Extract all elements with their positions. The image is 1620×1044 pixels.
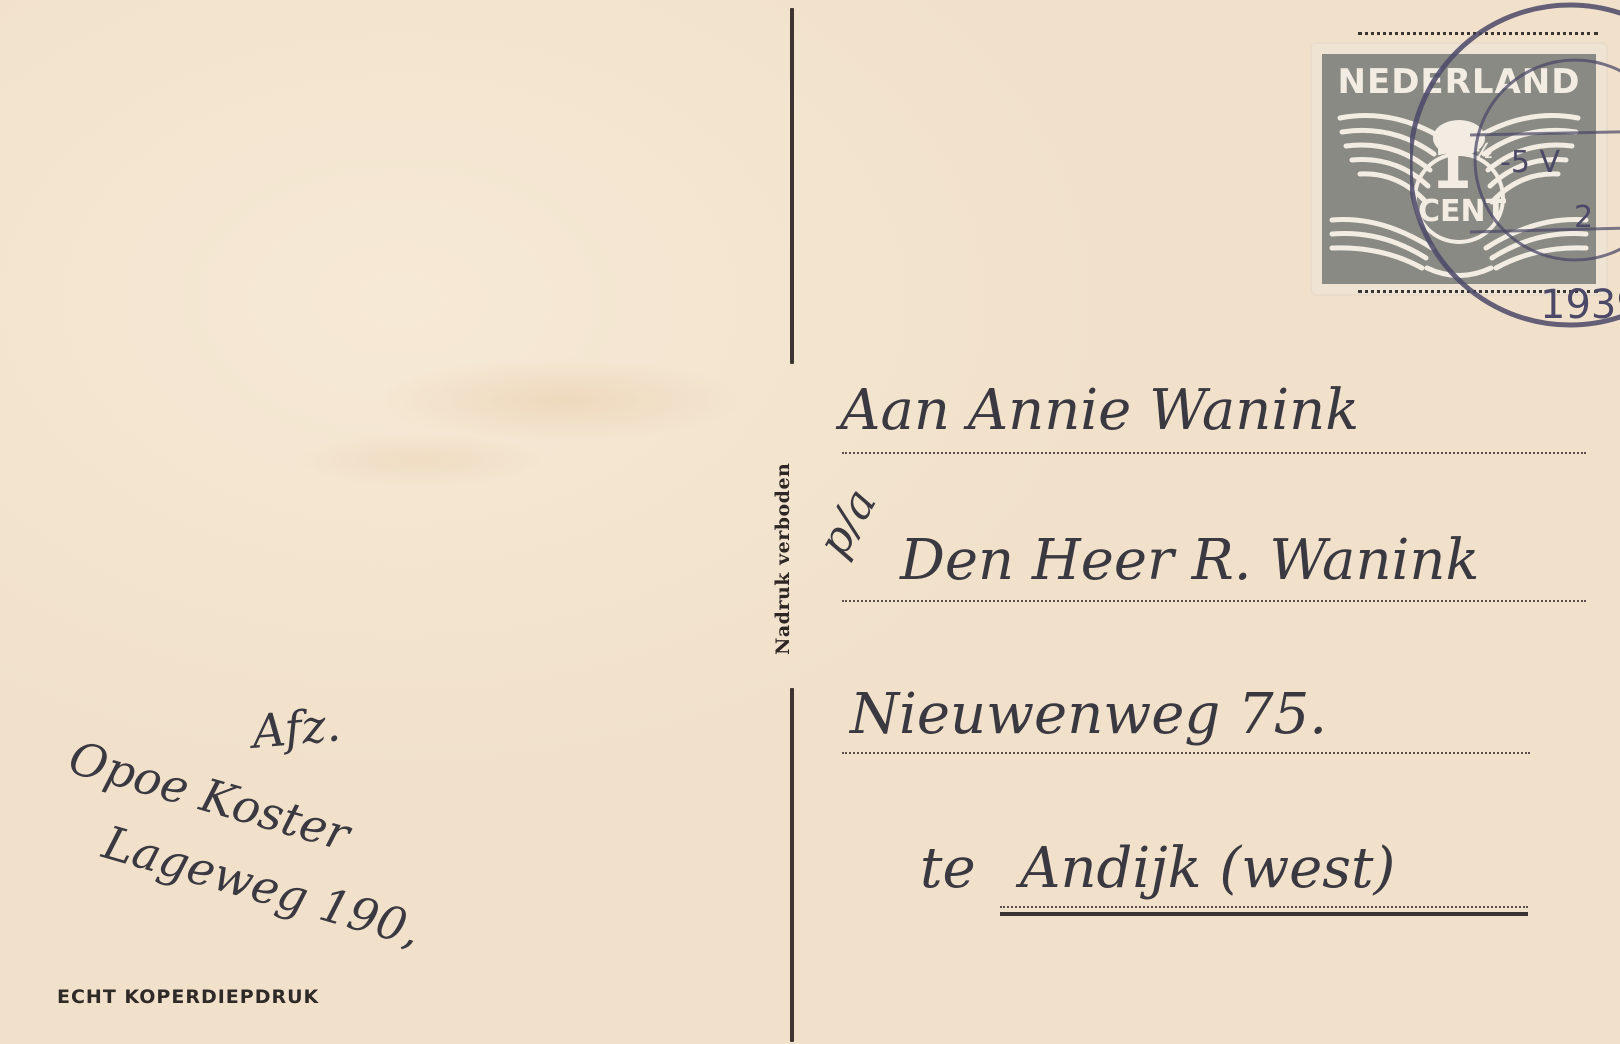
- postmark-year: 1939: [1540, 282, 1620, 328]
- stamp-value-unit: CENT: [1417, 197, 1507, 227]
- care-of-mark: p/a: [808, 480, 887, 565]
- address-line-4: [1000, 906, 1528, 908]
- recipient-street: Nieuwenweg 75.: [850, 682, 1327, 747]
- center-divider-bottom: [790, 688, 794, 1042]
- recipient-care-of-name: Den Heer R. Wanink: [900, 528, 1479, 593]
- stamp-value-whole: 1: [1431, 134, 1471, 202]
- recipient-city-prefix: te: [920, 836, 976, 901]
- postcard: Nadruk verboden ECHT KOPERDIEPDRUK NEDER…: [0, 0, 1620, 1044]
- stamp-value-fraction: ½: [1472, 139, 1493, 163]
- recipient-city: Andijk (west): [1020, 836, 1395, 901]
- sender-abbrev: Afz.: [250, 697, 343, 758]
- stamp-box-top-dots: [1358, 32, 1598, 35]
- address-line-1: [842, 452, 1586, 454]
- postmark-hour: 2: [1574, 200, 1593, 235]
- address-underline: [1000, 912, 1528, 916]
- stamp-country: NEDERLAND: [1322, 62, 1596, 102]
- publisher-note: ECHT KOPERDIEPDRUK: [57, 986, 319, 1008]
- nadruk-verboden-notice: Nadruk verboden: [772, 463, 794, 655]
- postmark-date: -5 V: [1500, 145, 1560, 180]
- stamp-value: 1½ CENT: [1417, 139, 1507, 227]
- address-line-2: [842, 600, 1586, 602]
- recipient-name: Aan Annie Wanink: [840, 378, 1359, 443]
- address-line-3: [842, 752, 1530, 754]
- center-divider-top: [790, 8, 794, 364]
